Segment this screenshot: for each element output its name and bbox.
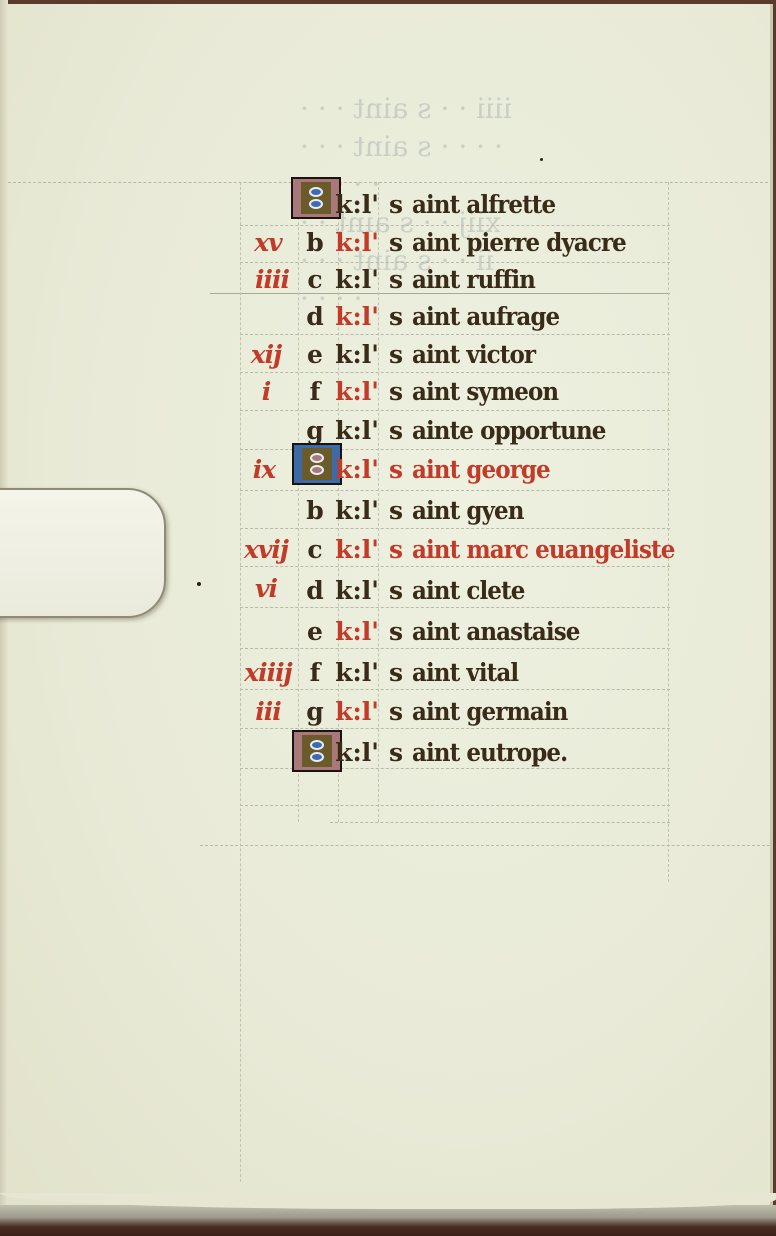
dominical-letter: c (300, 265, 330, 294)
saint-name: aint eutrope. (412, 738, 567, 767)
kl-mark: k:l' (335, 535, 379, 564)
s-mark: s (382, 617, 410, 646)
dominical-letter: b (300, 496, 330, 525)
saint-name: aint anastaise (412, 617, 579, 646)
dominical-letter: f (300, 658, 330, 687)
golden-number: ix (234, 455, 294, 484)
golden-number: xiiij (238, 658, 298, 687)
dominical-letter: f (300, 377, 330, 406)
s-mark: s (382, 340, 410, 369)
kl-mark: k:l' (335, 377, 379, 406)
s-mark: s (382, 377, 410, 406)
kl-mark: k:l' (335, 302, 379, 331)
dominical-letter: e (300, 617, 330, 646)
saint-name: aint symeon (412, 377, 558, 406)
saint-name: aint germain (412, 697, 567, 726)
dominical-letter: g (300, 416, 330, 445)
golden-number: iiii (242, 265, 302, 294)
kl-mark: k:l' (335, 496, 379, 525)
s-mark: s (382, 576, 410, 605)
dominical-letter: d (300, 302, 330, 331)
kl-mark: k:l' (335, 228, 379, 257)
kl-mark: k:l' (335, 738, 379, 767)
s-mark: s (382, 302, 410, 331)
dominical-letter: b (300, 228, 330, 257)
kl-mark: k:l' (335, 455, 379, 484)
kl-mark: k:l' (335, 340, 379, 369)
saint-name: aint alfrette (412, 190, 555, 219)
kl-mark: k:l' (335, 190, 379, 219)
dominical-letter: d (300, 576, 330, 605)
dominical-letter: c (300, 535, 330, 564)
saint-name: aint clete (412, 576, 524, 605)
saint-name: aint gyen (412, 496, 524, 525)
ink-speck (197, 582, 201, 586)
saint-name: aint pierre dyacre (412, 228, 626, 257)
kl-mark: k:l' (335, 265, 379, 294)
golden-number: xv (238, 228, 298, 257)
s-mark: s (382, 658, 410, 687)
golden-number: i (236, 377, 296, 406)
s-mark: s (382, 265, 410, 294)
saint-name: aint ruffin (412, 265, 535, 294)
kl-mark: k:l' (335, 697, 379, 726)
s-mark: s (382, 455, 410, 484)
saint-name: ainte opportune (412, 416, 606, 445)
kl-mark: k:l' (335, 576, 379, 605)
s-mark: s (382, 535, 410, 564)
s-mark: s (382, 738, 410, 767)
s-mark: s (382, 190, 410, 219)
kl-mark: k:l' (335, 416, 379, 445)
saint-name: aint victor (412, 340, 535, 369)
saint-name: aint marc euangeliste (412, 535, 674, 564)
saint-name: aint aufrage (412, 302, 559, 331)
s-mark: s (382, 697, 410, 726)
golden-number: xij (236, 340, 296, 369)
dominical-letter: g (300, 697, 330, 726)
kl-mark: k:l' (335, 658, 379, 687)
bookmark-slip (0, 488, 166, 618)
s-mark: s (382, 228, 410, 257)
page-bottom-edge (0, 1205, 776, 1236)
saint-name: aint vital (412, 658, 518, 687)
kl-mark: k:l' (335, 617, 379, 646)
s-mark: s (382, 496, 410, 525)
golden-number: vi (236, 574, 296, 603)
illuminated-initial-a (291, 177, 341, 219)
saint-name: aint george (412, 455, 550, 484)
ink-speck (540, 158, 543, 161)
s-mark: s (382, 416, 410, 445)
golden-number: xvij (236, 535, 296, 564)
dominical-letter: e (300, 340, 330, 369)
golden-number: iii (238, 697, 298, 726)
